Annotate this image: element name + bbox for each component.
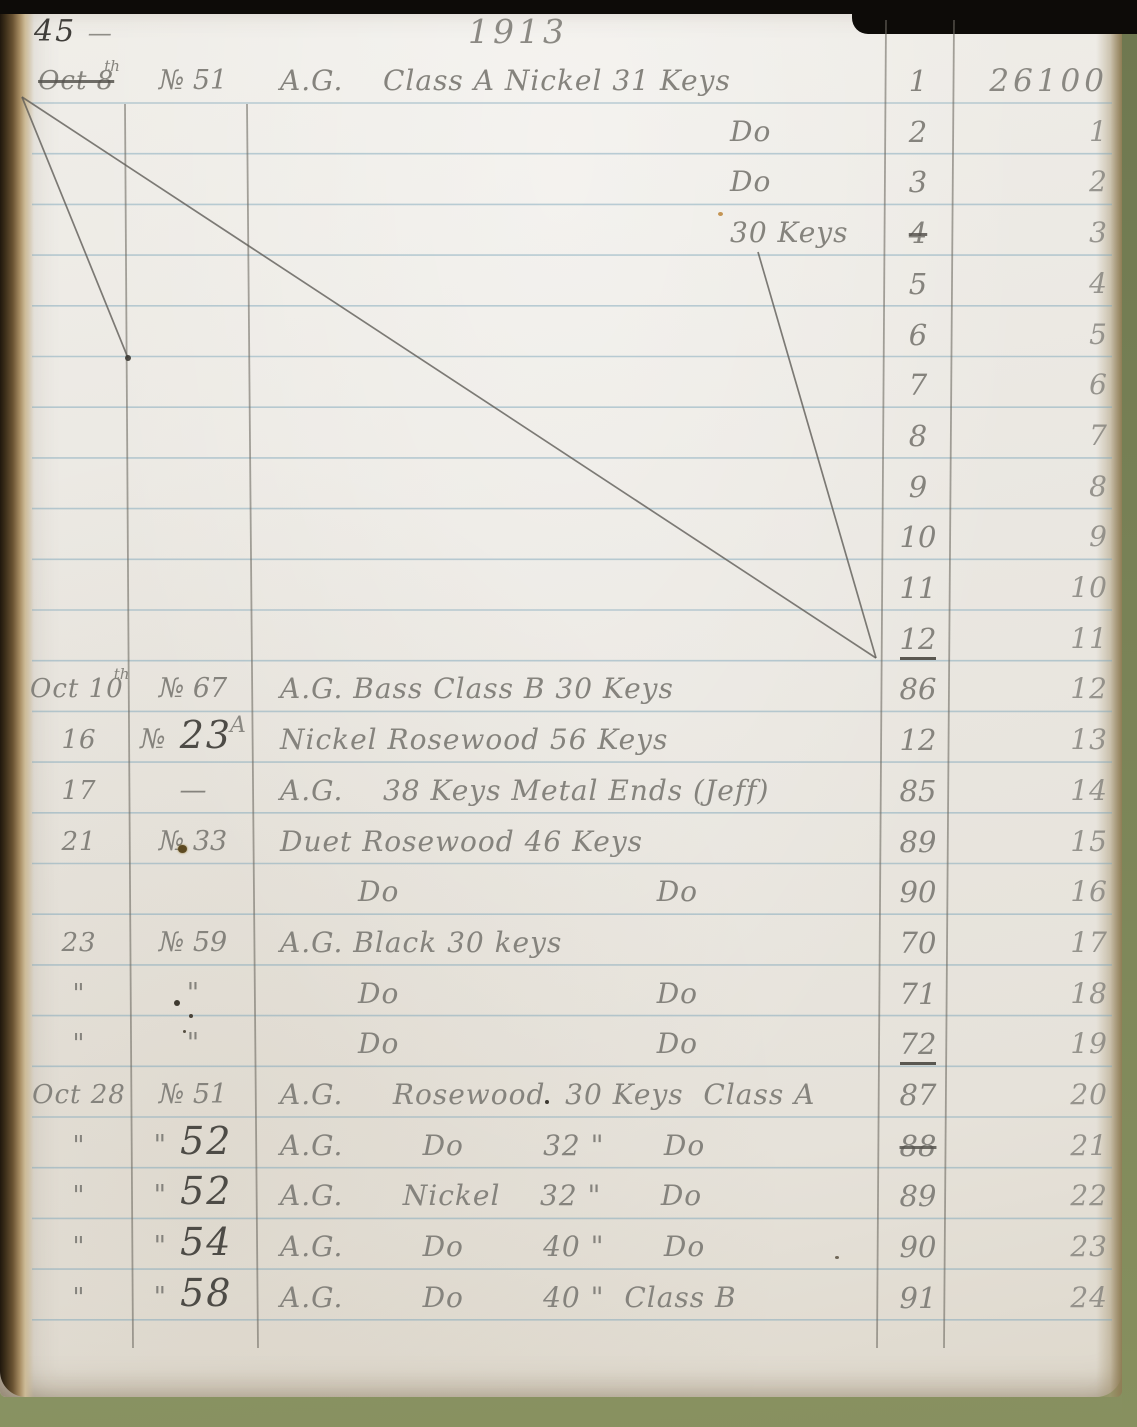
rust-fleck	[718, 212, 723, 216]
speck	[835, 1256, 839, 1259]
scanned-ledger-page: 45 — 1913 Oct 8th№ 51A.G. Class A Nickel…	[0, 0, 1137, 1427]
pencil-dot	[125, 355, 131, 361]
speck	[174, 1000, 180, 1006]
pencil-annotation-lines	[0, 0, 1137, 1427]
ink-stain	[178, 845, 187, 853]
pencil-line	[22, 97, 876, 658]
pencil-line	[22, 97, 128, 358]
speck	[189, 1014, 193, 1018]
speck	[183, 1030, 186, 1033]
speck	[545, 1100, 549, 1104]
pencil-line	[758, 252, 876, 658]
